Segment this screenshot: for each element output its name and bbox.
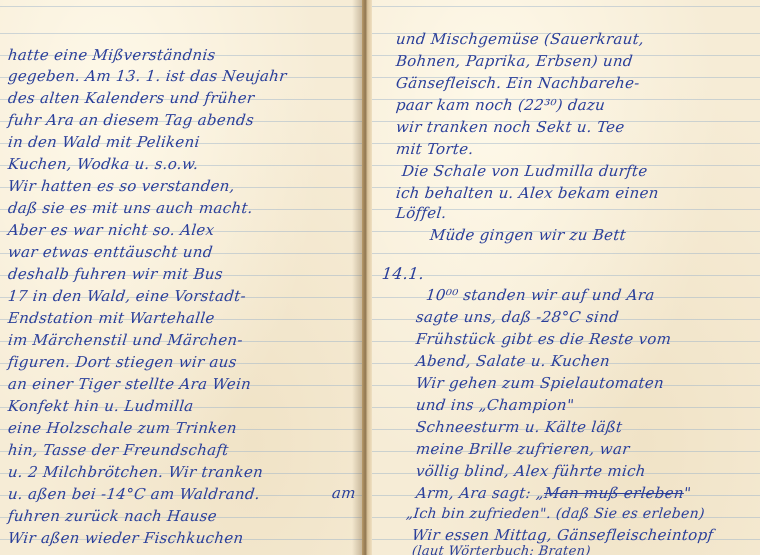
text-line: ich behalten u. Alex bekam einen	[395, 184, 660, 202]
text-line: mit Torte.	[395, 140, 474, 158]
arm-line-prefix: Arm, Ara sagt: „	[415, 484, 545, 502]
text-line: sagte uns, daß -28°C sind	[415, 308, 620, 326]
arm-line-suffix: "	[683, 484, 692, 502]
text-line: Wir essen Mittag, Gänsefleischeintopf	[411, 526, 714, 544]
text-line: Endstation mit Wartehalle	[7, 309, 216, 327]
text-line: Bohnen, Paprika, Erbsen) und	[395, 52, 634, 70]
text-line: hatte eine Mißverständnis	[7, 46, 216, 64]
text-line: und ins „Champion"	[415, 396, 575, 414]
text-line: fuhr Ara an diesem Tag abends	[7, 111, 255, 129]
text-line-with-strikethrough: Arm, Ara sagt: „Man muß erleben"	[415, 484, 692, 502]
text-line: hin, Tasse der Freundschaft	[7, 441, 230, 459]
text-line: Löffel.	[395, 204, 448, 222]
text-line: eine Holzschale zum Trinken	[7, 419, 238, 437]
text-line: meine Brille zufrieren, war	[415, 440, 631, 458]
text-line: Wir hatten es so verstanden,	[7, 177, 236, 195]
text-line: Wir gehen zum Spielautomaten	[415, 374, 665, 392]
text-line: Frühstück gibt es die Reste vom	[415, 330, 672, 348]
left-page: hatte eine Mißverständnis gegeben. Am 13…	[0, 0, 362, 555]
page-shadow	[352, 0, 362, 555]
text-line: u. 2 Milchbrötchen. Wir tranken	[7, 463, 264, 481]
text-line: Die Schale von Ludmilla durfte	[401, 162, 648, 180]
text-line: des alten Kalenders und früher	[7, 89, 255, 107]
text-line: wir tranken noch Sekt u. Tee	[395, 118, 625, 136]
struck-out-text: Man muß erleben	[543, 484, 685, 502]
text-line: „Ich bin zufrieden". (daß Sie es erleben…	[405, 506, 705, 522]
text-line: paar kam noch (22³⁰) dazu	[395, 96, 606, 114]
text-line: in den Wald mit Pelikeni	[7, 133, 201, 151]
text-line: (laut Wörterbuch: Braten)	[411, 544, 591, 555]
text-line: daß sie es mit uns auch macht.	[7, 199, 254, 217]
text-line: war etwas enttäuscht und	[7, 243, 214, 261]
text-line: Müde gingen wir zu Bett	[429, 226, 627, 244]
text-line: Kuchen, Wodka u. s.o.w.	[7, 155, 199, 173]
text-line: Gänsefleisch. Ein Nachbarehe-	[395, 74, 641, 92]
text-line: Schneesturm u. Kälte läßt	[415, 418, 623, 436]
text-line: gegeben. Am 13. 1. ist das Neujahr	[7, 67, 288, 85]
text-line: im Märchenstil und Märchen-	[7, 331, 244, 349]
text-line: an einer Tiger stellte Ara Wein	[7, 375, 252, 393]
text-line: 17 in den Wald, eine Vorstadt-	[7, 287, 247, 305]
text-line: Aber es war nicht so. Alex	[7, 221, 215, 239]
text-line: u. aßen bei -14°C am Waldrand.	[7, 485, 261, 503]
right-page: und Mischgemüse (Sauerkraut, Bohnen, Pap…	[372, 0, 760, 555]
text-line: fuhren zurück nach Hause	[7, 507, 218, 525]
text-line: Wir aßen wieder Fischkuchen	[7, 529, 244, 547]
entry-date: 14.1.	[381, 264, 425, 283]
text-line: 10⁰⁰ standen wir auf und Ara	[425, 286, 656, 304]
notebook-spine	[362, 0, 372, 555]
text-line: figuren. Dort stiegen wir aus	[7, 353, 238, 371]
text-line: Konfekt hin u. Ludmilla	[7, 397, 194, 415]
text-line: und Mischgemüse (Sauerkraut,	[395, 30, 645, 48]
text-line: völlig blind, Alex führte mich	[415, 462, 647, 480]
text-line: deshalb fuhren wir mit Bus	[7, 265, 224, 283]
text-line: Abend, Salate u. Kuchen	[415, 352, 611, 370]
margin-note: am	[331, 484, 357, 502]
